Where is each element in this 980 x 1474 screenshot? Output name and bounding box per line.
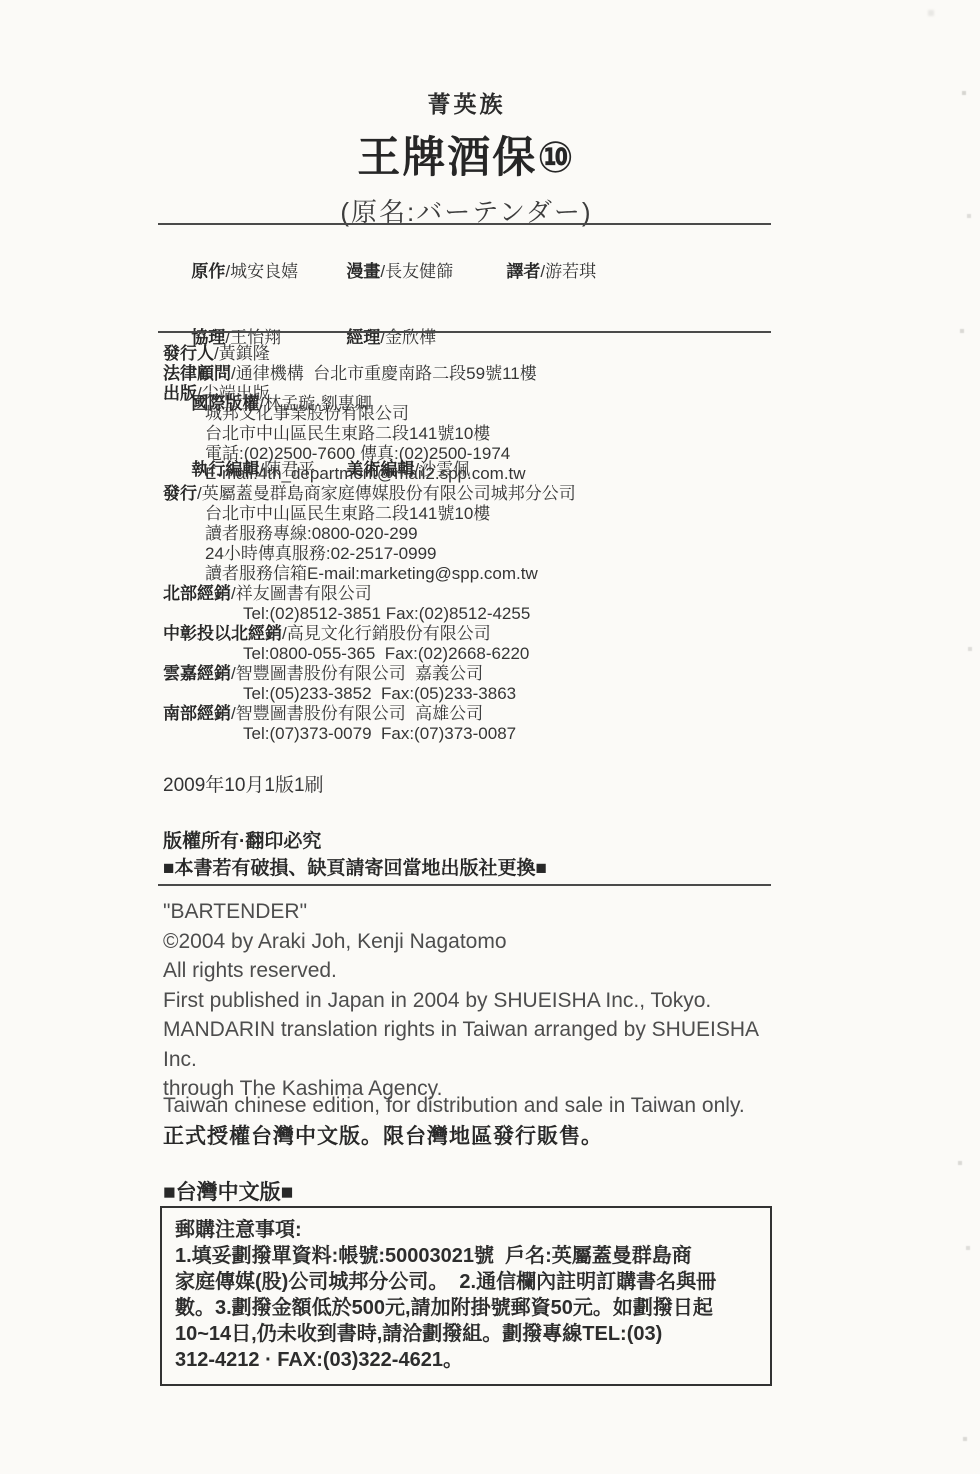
info-value: Tel:(05)233-3852 Fax:(05)233-3863 — [243, 684, 516, 703]
info-line: Tel:0800-055-365 Fax:(02)2668-6220 — [163, 644, 770, 664]
info-value: E-mail:4th_department@mail2.spp.com.tw — [205, 464, 526, 483]
info-value: 24小時傳真服務:02-2517-0999 — [205, 544, 437, 563]
info-value: 電話:(02)2500-7600 傳真:(02)2500-1974 — [205, 444, 510, 463]
credit-label: 原作 — [191, 262, 225, 281]
info-label: 南部經銷 — [163, 704, 231, 723]
credit-label: 譯者 — [506, 262, 540, 281]
info-line: 電話:(02)2500-7600 傳真:(02)2500-1974 — [163, 444, 770, 464]
credits-row: 原作/城安良嬉漫畫/長友健篩譯者/游若琪 — [163, 239, 770, 305]
info-value: Tel:(02)8512-3851 Fax:(02)8512-4255 — [243, 604, 530, 623]
info-value: /智豐圖書股份有限公司 嘉義公司 — [231, 664, 483, 683]
info-value: /智豐圖書股份有限公司 高雄公司 — [231, 704, 483, 723]
credit-value: /城安良嬉 — [225, 262, 298, 281]
info-line: Tel:(05)233-3852 Fax:(05)233-3863 — [163, 684, 770, 704]
print-date-line: 2009年10月1版1刷 — [163, 770, 770, 797]
info-label: 發行人 — [163, 344, 214, 363]
info-line: 24小時傳真服務:02-2517-0999 — [163, 544, 770, 564]
book-title: 王牌酒保⑩ — [163, 124, 770, 185]
damage-replacement-line: ■本書若有破損、缺頁請寄回當地出版社更換■ — [163, 853, 770, 880]
divider-top — [158, 223, 771, 225]
credit-value: /游若琪 — [540, 262, 596, 281]
info-line: 法律顧問/通律機構 台北市重慶南路二段59號11樓 — [163, 364, 770, 384]
info-value: 台北市中山區民生東路二段141號10樓 — [205, 424, 490, 443]
info-value: Tel:(07)373-0079 Fax:(07)373-0087 — [243, 724, 516, 743]
english-line: All rights reserved. — [163, 956, 770, 986]
info-line: 城邦文化事業股份有限公司 — [163, 404, 770, 424]
info-label: 中彰投以北經銷 — [163, 624, 282, 643]
credit-label: 漫畫 — [346, 262, 380, 281]
info-value: /高見文化行銷股份有限公司 — [282, 624, 491, 643]
english-copyright-section: "BARTENDER" ©2004 by Araki Joh, Kenji Na… — [163, 897, 770, 1104]
info-line: 讀者服務信箱E-mail:marketing@spp.com.tw — [163, 564, 770, 584]
mail-order-line: 家庭傳媒(股)公司城邦分公司。 2.通信欄內註明訂購書名與冊 — [175, 1269, 757, 1295]
english-line: First published in Japan in 2004 by SHUE… — [163, 986, 770, 1016]
info-label: 出版 — [163, 384, 197, 403]
mail-order-line: 數。3.劃撥金額低於500元,請加附掛號郵資50元。如劃撥日起 — [175, 1295, 757, 1321]
taiwan-edition-chinese-line: 正式授權台灣中文版。限台灣地區發行販售。 — [163, 1120, 770, 1150]
mail-order-line: 10~14日,仍未收到書時,請洽劃撥組。劃撥專線TEL:(03) — [175, 1321, 757, 1347]
taiwan-edition-label: ■台灣中文版■ — [163, 1176, 770, 1206]
mail-order-line: 郵購注意事項: — [175, 1217, 757, 1243]
credit-item: 譯者/游若琪 — [506, 261, 596, 283]
info-line: E-mail:4th_department@mail2.spp.com.tw — [163, 464, 770, 484]
info-value: Tel:0800-055-365 Fax:(02)2668-6220 — [243, 644, 529, 663]
info-line: 發行/英屬蓋曼群島商家庭傳媒股份有限公司城邦分公司 — [163, 484, 770, 504]
info-line: 北部經銷/祥友圖書有限公司 — [163, 584, 770, 604]
info-line: 南部經銷/智豐圖書股份有限公司 高雄公司 — [163, 704, 770, 724]
colophon-page: 菁英族 王牌酒保⑩ (原名:バーテンダー) 原作/城安良嬉漫畫/長友健篩譯者/游… — [0, 0, 980, 1474]
title-block: 菁英族 王牌酒保⑩ (原名:バーテンダー) — [163, 86, 770, 229]
mail-order-line: 1.填妥劃撥單資料:帳號:50003021號 戶名:英屬蓋曼群島商 — [175, 1243, 757, 1269]
info-line: Tel:(02)8512-3851 Fax:(02)8512-4255 — [163, 604, 770, 624]
info-value: /黃鎮隆 — [214, 344, 270, 363]
rights-reserved-line: 版權所有·翻印必究 — [163, 826, 770, 853]
info-value: 讀者服務專線:0800-020-299 — [205, 524, 418, 543]
info-line: Tel:(07)373-0079 Fax:(07)373-0087 — [163, 724, 770, 744]
info-value: /祥友圖書有限公司 — [231, 584, 372, 603]
info-value: 讀者服務信箱E-mail:marketing@spp.com.tw — [205, 564, 538, 583]
info-value: /英屬蓋曼群島商家庭傳媒股份有限公司城邦分公司 — [197, 484, 576, 503]
info-value: 台北市中山區民生東路二段141號10樓 — [205, 504, 490, 523]
publisher-section: 發行人/黃鎮隆 法律顧問/通律機構 台北市重慶南路二段59號11樓 出版/尖端出… — [163, 344, 770, 744]
info-line: 出版/尖端出版 — [163, 384, 770, 404]
info-value: /尖端出版 — [197, 384, 270, 403]
scan-speck-noise — [0, 0, 2, 2]
info-line: 讀者服務專線:0800-020-299 — [163, 524, 770, 544]
info-line: 台北市中山區民生東路二段141號10樓 — [163, 504, 770, 524]
credit-item: 原作/城安良嬉 — [191, 261, 346, 283]
divider-bottom — [158, 884, 771, 886]
english-line: MANDARIN translation rights in Taiwan ar… — [163, 1015, 770, 1074]
info-value: /通律機構 台北市重慶南路二段59號11樓 — [231, 364, 537, 383]
info-line: 台北市中山區民生東路二段141號10樓 — [163, 424, 770, 444]
info-label: 法律顧問 — [163, 364, 231, 383]
mail-order-line: 312-4212 · FAX:(03)322-4621。 — [175, 1347, 757, 1373]
credit-item: 漫畫/長友健篩 — [346, 261, 506, 283]
info-value: 城邦文化事業股份有限公司 — [205, 404, 409, 423]
info-line: 發行人/黃鎮隆 — [163, 344, 770, 364]
english-line: ©2004 by Araki Joh, Kenji Nagatomo — [163, 927, 770, 957]
info-line: 中彰投以北經銷/高見文化行銷股份有限公司 — [163, 624, 770, 644]
info-label: 發行 — [163, 484, 197, 503]
mail-order-box: 郵購注意事項: 1.填妥劃撥單資料:帳號:50003021號 戶名:英屬蓋曼群島… — [160, 1206, 772, 1386]
info-label: 雲嘉經銷 — [163, 664, 231, 683]
credit-value: /長友健篩 — [380, 262, 453, 281]
series-title: 菁英族 — [163, 86, 770, 119]
taiwan-edition-english-line: Taiwan chinese edition, for distribution… — [163, 1094, 770, 1118]
divider-middle — [158, 331, 771, 333]
english-line: "BARTENDER" — [163, 897, 770, 927]
info-label: 北部經銷 — [163, 584, 231, 603]
info-line: 雲嘉經銷/智豐圖書股份有限公司 嘉義公司 — [163, 664, 770, 684]
